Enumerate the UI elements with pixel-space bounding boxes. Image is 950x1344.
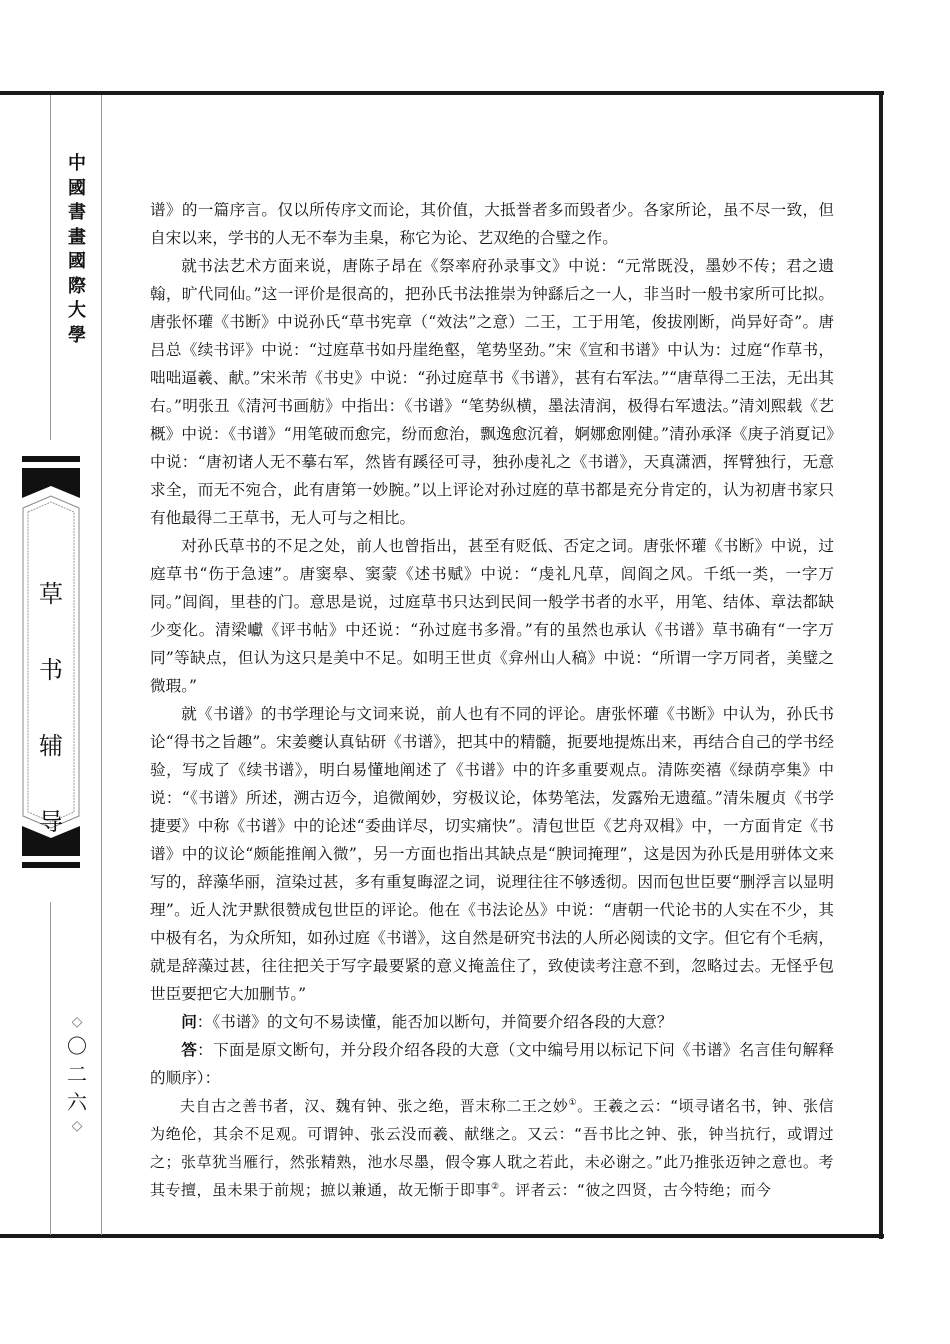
school-name-char: 際 (60, 275, 94, 300)
school-name-char: 畫 (60, 226, 94, 251)
section-banner: 草 书 辅 导 (22, 456, 80, 868)
question-label: 问 (181, 1012, 197, 1031)
answer-text: 下面是原文断句，并分段介绍各段的大意（文中编号用以标记下问《书谱》名言佳句解释的… (150, 1041, 834, 1087)
footnote-marker: ① (568, 1098, 577, 1108)
margin-outer-rule-top (50, 95, 51, 440)
answer-separator: ： (197, 1041, 213, 1059)
banner-char: 书 (22, 632, 80, 708)
school-name-char: 書 (60, 201, 94, 226)
banner-char: 辅 (22, 708, 80, 784)
classic-text-excerpt: 夫自古之善书者，汉、魏有钟、张之绝，晋末称二王之妙①。王羲之云：“顷寻诸名书，钟… (150, 1092, 834, 1204)
school-name-char: 大 (60, 299, 94, 324)
margin-inner-rule (101, 95, 102, 1235)
margin-outer-rule-bottom (50, 902, 51, 1235)
answer-label: 答 (181, 1040, 197, 1059)
classic-text-part: 夫自古之善书者，汉、魏有钟、张之绝，晋末称二王之妙 (180, 1097, 568, 1115)
page-number-digit: 二 (60, 1060, 94, 1088)
page-number-digit: 〇 (60, 1032, 94, 1060)
footnote-marker: ② (491, 1182, 500, 1192)
question-text: 《书谱》的文句不易读懂，能否加以断句，并简要介绍各段的大意？ (212, 1013, 672, 1031)
section-banner-title: 草 书 辅 导 (22, 556, 80, 860)
school-name-char: 學 (60, 324, 94, 349)
paragraph-criticism: 对孙氏草书的不足之处，前人也曾指出，甚至有贬低、否定之词。唐张怀瓘《书断》中说，… (150, 532, 834, 700)
question: 问：《书谱》的文句不易读懂，能否加以断句，并简要介绍各段的大意？ (150, 1008, 834, 1036)
page-frame-right-border (879, 91, 883, 1239)
diamond-icon: ◇ (60, 1116, 94, 1136)
page-frame-top-border (0, 91, 884, 95)
body-text: 谱》的一篇序言。仅以所传序文而论，其价值，大抵誉者多而毁者少。各家所论，虽不尽一… (150, 196, 834, 1204)
banner-char: 导 (22, 784, 80, 860)
school-name-char: 國 (60, 250, 94, 275)
question-separator: ： (197, 1013, 213, 1031)
answer: 答：下面是原文断句，并分段介绍各段的大意（文中编号用以标记下问《书谱》名言佳句解… (150, 1036, 834, 1092)
school-name-vertical: 中 國 書 畫 國 際 大 學 (60, 152, 94, 348)
page-number: ◇ 〇 二 六 ◇ (60, 1012, 94, 1136)
page-number-digit: 六 (60, 1088, 94, 1116)
school-name-char: 國 (60, 177, 94, 202)
paragraph-art-evaluation: 就书法艺术方面来说，唐陈子昂在《祭率府孙录事文》中说：“元常既没，墨妙不传；君之… (150, 252, 834, 532)
paragraph-theory-evaluation: 就《书谱》的书学理论与文词来说，前人也有不同的评论。唐张怀瓘《书断》中认为，孙氏… (150, 700, 834, 1008)
classic-text-part: 。评者云：“彼之四贤，古今特绝；而今 (500, 1181, 772, 1199)
paragraph-continuation: 谱》的一篇序言。仅以所传序文而论，其价值，大抵誉者多而毁者少。各家所论，虽不尽一… (150, 196, 834, 252)
banner-char: 草 (22, 556, 80, 632)
page-frame-bottom-border (0, 1234, 884, 1238)
diamond-icon: ◇ (60, 1012, 94, 1032)
school-name-char: 中 (60, 152, 94, 177)
